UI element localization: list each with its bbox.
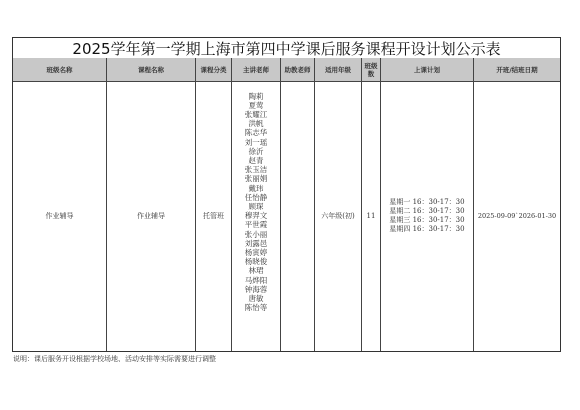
schedule-item: 星期四 16：30-17：30 <box>389 225 464 234</box>
cell-grade: 六年级(初) <box>315 81 362 351</box>
table-row: 作业辅导 作业辅导 托管班 陶莉 夏莺 张耀江 洪帆 陈志华 刘一瑶 徐沂 赵青… <box>13 81 560 351</box>
teacher-name: 林珺 <box>249 266 264 275</box>
cell-category: 托管班 <box>196 81 232 351</box>
teacher-name: 唐敏 <box>249 294 264 303</box>
table-header-row: 班级名称 课程名称 课程分类 主讲老师 助教老师 适用年级 班级 数 上课计划 … <box>13 58 560 82</box>
teacher-name: 陈怡等 <box>245 303 268 312</box>
teacher-name: 马烨阳 <box>245 276 268 285</box>
teacher-name: 张小丽 <box>245 230 268 239</box>
header-grade: 适用年级 <box>315 58 362 81</box>
teacher-name: 张耀江 <box>245 110 268 119</box>
footnote: 说明：课后服务开设根据学校场地、活动安排等实际需要进行调整 <box>13 354 216 364</box>
teacher-name: 徐沂 <box>249 147 264 156</box>
teacher-name: 钟海蓉 <box>245 285 268 294</box>
cell-dates: 2025-09-09`2026-01-30 <box>474 81 560 351</box>
schedule-item: 星期二 16：30-17：30 <box>389 207 464 216</box>
cell-assistant-teachers <box>281 81 315 351</box>
teacher-name: 杨寅婷 <box>245 248 268 257</box>
teacher-name: 洪帆 <box>249 119 264 128</box>
teacher-name: 张玉洁 <box>245 165 268 174</box>
cell-class-count: 11 <box>362 81 381 351</box>
header-class-name: 班级名称 <box>13 58 107 81</box>
teacher-list: 陶莉 夏莺 张耀江 洪帆 陈志华 刘一瑶 徐沂 赵青 张玉洁 张丽娟 戴玮 任怡… <box>245 92 268 313</box>
header-schedule: 上课计划 <box>381 58 474 81</box>
teacher-name: 任怡静 <box>245 193 268 202</box>
teacher-name: 平世霞 <box>245 220 268 229</box>
header-category: 课程分类 <box>196 58 232 81</box>
teacher-name: 陶莉 <box>249 92 264 101</box>
teacher-name: 陈志华 <box>245 128 268 137</box>
teacher-name: 刘一瑶 <box>245 138 268 147</box>
header-lead-teacher: 主讲老师 <box>232 58 281 81</box>
teacher-name: 刘露邑 <box>245 239 268 248</box>
header-class-count: 班级 数 <box>362 58 381 81</box>
cell-schedule: 星期一 16：30-17：30 星期二 16：30-17：30 星期三 16：3… <box>381 81 474 351</box>
cell-lead-teachers: 陶莉 夏莺 张耀江 洪帆 陈志华 刘一瑶 徐沂 赵青 张玉洁 张丽娟 戴玮 任怡… <box>232 81 281 351</box>
table-title: 2025学年第一学期上海市第四中学课后服务课程开设计划公示表 <box>13 38 560 59</box>
header-dates: 开班/结班日期 <box>474 58 560 81</box>
header-course-name: 课程名称 <box>107 58 196 81</box>
teacher-name: 顾琛 <box>249 202 264 211</box>
teacher-name: 夏莺 <box>249 101 264 110</box>
teacher-name: 赵青 <box>249 156 264 165</box>
teacher-name: 张丽娟 <box>245 174 268 183</box>
header-class-count-line1: 班级 <box>365 62 378 70</box>
cell-course-name: 作业辅导 <box>107 81 196 351</box>
course-plan-table: 2025学年第一学期上海市第四中学课后服务课程开设计划公示表 班级名称 课程名称… <box>12 37 561 352</box>
header-class-count-line2: 数 <box>368 70 375 78</box>
cell-class-name: 作业辅导 <box>13 81 107 351</box>
teacher-name: 戴玮 <box>249 184 264 193</box>
schedule-item: 星期三 16：30-17：30 <box>389 216 464 225</box>
schedule-item: 星期一 16：30-17：30 <box>389 198 464 207</box>
header-assistant-teacher: 助教老师 <box>281 58 315 81</box>
schedule-list: 星期一 16：30-17：30 星期二 16：30-17：30 星期三 16：3… <box>389 198 464 234</box>
